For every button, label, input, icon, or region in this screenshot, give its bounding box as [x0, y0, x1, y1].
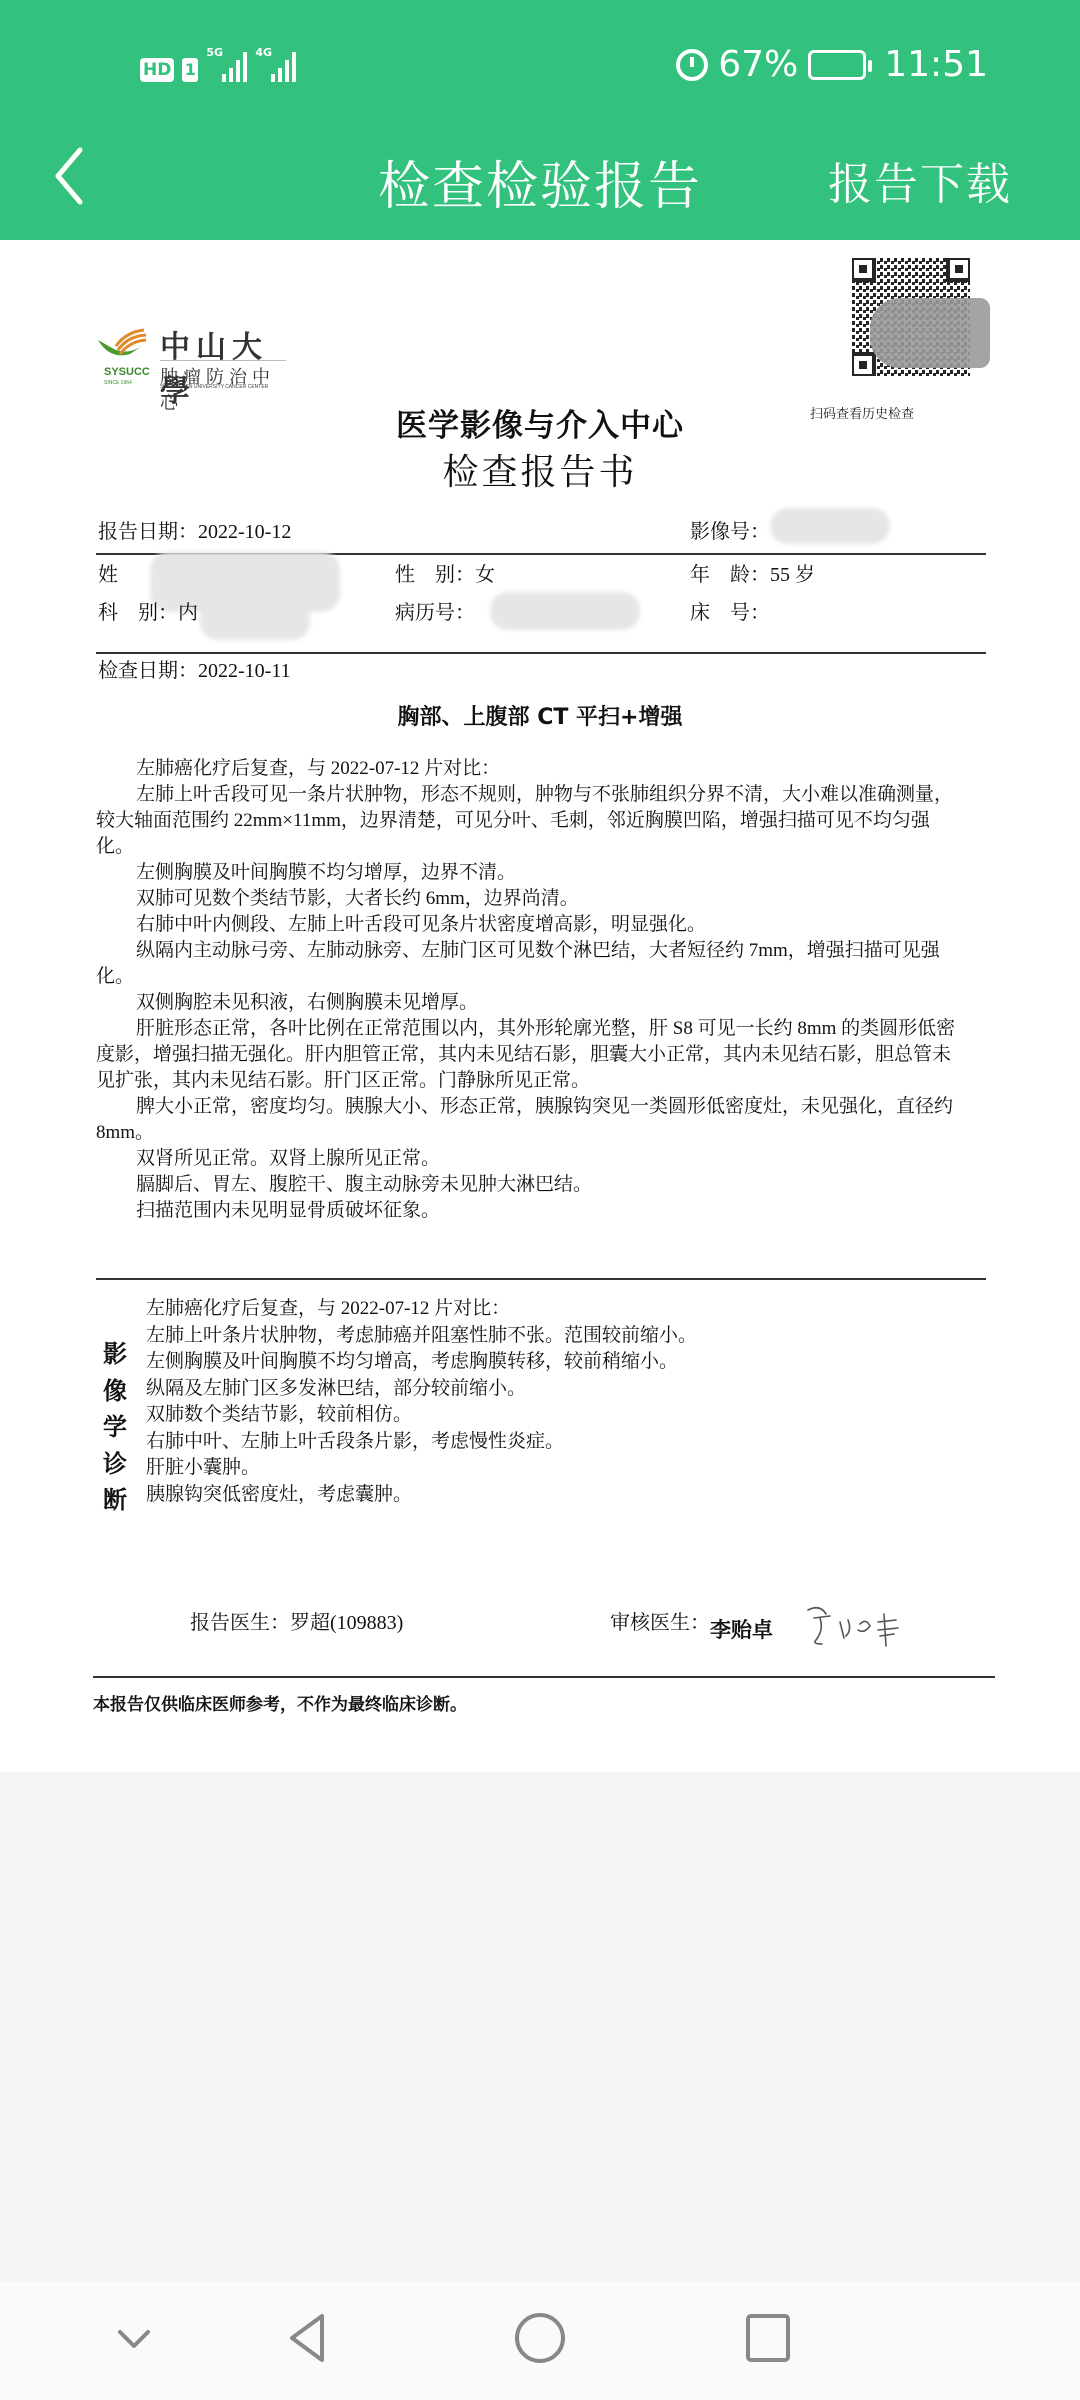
diagnosis-line: 纵隔及左肺门区多发淋巴结，部分较前缩小。: [146, 1376, 986, 1403]
disclaimer: 本报告仅供临床医师参考，不作为最终临床诊断。: [93, 1690, 467, 1715]
redacted-record-number: [490, 592, 640, 630]
finding-paragraph: 膈脚后、胃左、腹腔干、腹主动脉旁未见肿大淋巴结。: [96, 1172, 956, 1198]
diagnosis-line: 左侧胸膜及叶间胸膜不均匀增高，考虑胸膜转移，较前稍缩小。: [146, 1349, 986, 1376]
collapse-chevron-icon[interactable]: [104, 2308, 164, 2368]
diagnosis-line: 双肺数个类结节影，较前相仿。: [146, 1402, 986, 1429]
document-title: 检查报告书: [0, 444, 1080, 495]
medical-record-number: 病历号：: [395, 596, 475, 625]
finding-paragraph: 双侧胸腔未见积液，右侧胸膜未见增厚。: [96, 990, 956, 1016]
sysucc-logo-icon: [96, 326, 148, 366]
diagnosis-line: 左肺上叶条片状肿物，考虑肺癌并阻塞性肺不张。范围较前缩小。: [146, 1323, 986, 1350]
nav-bar: 检查检验报告 报告下载: [0, 120, 1080, 230]
diagnosis-line: 右肺中叶、左肺上叶舌段条片影，考虑慢性炎症。: [146, 1429, 986, 1456]
diagnosis-line: 肝脏小囊肿。: [146, 1455, 986, 1482]
hd-voice-icon: HD: [140, 58, 174, 82]
qr-code[interactable]: [852, 258, 970, 376]
finding-paragraph: 右肺中叶内侧段、左肺上叶舌段可见条片状密度增高影，明显强化。: [96, 912, 956, 938]
diagnosis: 左肺癌化疗后复查，与 2022-07-12 片对比： 左肺上叶条片状肿物，考虑肺…: [146, 1296, 986, 1508]
redacted-department: [200, 600, 310, 640]
finding-paragraph: 左侧胸膜及叶间胸膜不均匀增厚，边界不清。: [96, 860, 956, 886]
diagnosis-line: 胰腺钩突低密度灶，考虑囊肿。: [146, 1482, 986, 1509]
signal-4g-icon: 4G: [255, 48, 296, 82]
findings: 左肺癌化疗后复查，与 2022-07-12 片对比： 左肺上叶舌段可见一条片状肿…: [96, 756, 956, 1224]
center-title: 医学影像与介入中心: [0, 400, 1080, 445]
clock: 11:51: [884, 44, 988, 85]
alarm-icon: [676, 49, 708, 81]
report-date: 报告日期：2022-10-12: [98, 515, 291, 544]
redacted-region: [870, 298, 990, 368]
battery-icon: [808, 50, 866, 80]
bed-number: 床 号：: [690, 596, 770, 625]
system-navigation-bar: [0, 2282, 1080, 2400]
department: 科 别：内: [98, 596, 198, 625]
home-circle-icon[interactable]: [510, 2308, 570, 2368]
divider: [96, 1278, 986, 1280]
back-triangle-icon[interactable]: [280, 2308, 340, 2368]
reviewing-doctor: 审核医生：李贻卓: [610, 1606, 773, 1636]
finding-paragraph: 肝脏形态正常，各叶比例在正常范围以内，其外形轮廓光整，肝 S8 可见一长约 8m…: [96, 1016, 956, 1094]
signal-5g-icon: 5G: [206, 48, 247, 82]
app-header: HD 1 5G 4G 67% 11:51 检查检验报告 报告下载: [0, 0, 1080, 240]
download-report-button[interactable]: 报告下载: [828, 148, 1012, 212]
age: 年 龄：55 岁: [690, 558, 815, 587]
recents-square-icon[interactable]: [738, 2308, 798, 2368]
exam-title: 胸部、上腹部 CT 平扫+增强: [0, 700, 1080, 731]
divider: [93, 1676, 995, 1678]
reporting-doctor: 报告医生：罗超(109883): [190, 1606, 403, 1635]
hospital-logo: SYSUCC SINCE 1964 中山大學 肿瘤防治中心 SUN YAT-SE…: [96, 320, 286, 392]
finding-paragraph: 左肺上叶舌段可见一条片状肿物，形态不规则，肿物与不张肺组织分界不清，大小难以准确…: [96, 782, 956, 860]
finding-paragraph: 左肺癌化疗后复查，与 2022-07-12 片对比：: [96, 756, 956, 782]
patient-name: 姓: [98, 558, 118, 587]
image-number: 影像号：: [690, 515, 770, 544]
signature-image: [800, 1600, 920, 1650]
diagnosis-line: 左肺癌化疗后复查，与 2022-07-12 片对比：: [146, 1296, 986, 1323]
sim-icon: 1: [182, 58, 198, 82]
gender: 性 别：女: [395, 558, 495, 587]
finding-paragraph: 双肾所见正常。双肾上腺所见正常。: [96, 1146, 956, 1172]
exam-date: 检查日期：2022-10-11: [98, 654, 291, 683]
report-document: SYSUCC SINCE 1964 中山大學 肿瘤防治中心 SUN YAT-SE…: [0, 240, 1080, 1772]
status-bar: HD 1 5G 4G 67% 11:51: [0, 38, 1080, 94]
battery-percent: 67%: [718, 44, 798, 85]
redacted-image-number: [770, 508, 890, 544]
finding-paragraph: 扫描范围内未见明显骨质破坏征象。: [96, 1198, 956, 1224]
finding-paragraph: 双肺可见数个类结节影，大者长约 6mm，边界尚清。: [96, 886, 956, 912]
diagnosis-label: 影 像 学 诊 断: [100, 1336, 130, 1519]
finding-paragraph: 脾大小正常，密度均匀。胰腺大小、形态正常，胰腺钩突见一类圆形低密度灶，未见强化，…: [96, 1094, 956, 1146]
finding-paragraph: 纵隔内主动脉弓旁、左肺动脉旁、左肺门区可见数个淋巴结，大者短径约 7mm，增强扫…: [96, 938, 956, 990]
